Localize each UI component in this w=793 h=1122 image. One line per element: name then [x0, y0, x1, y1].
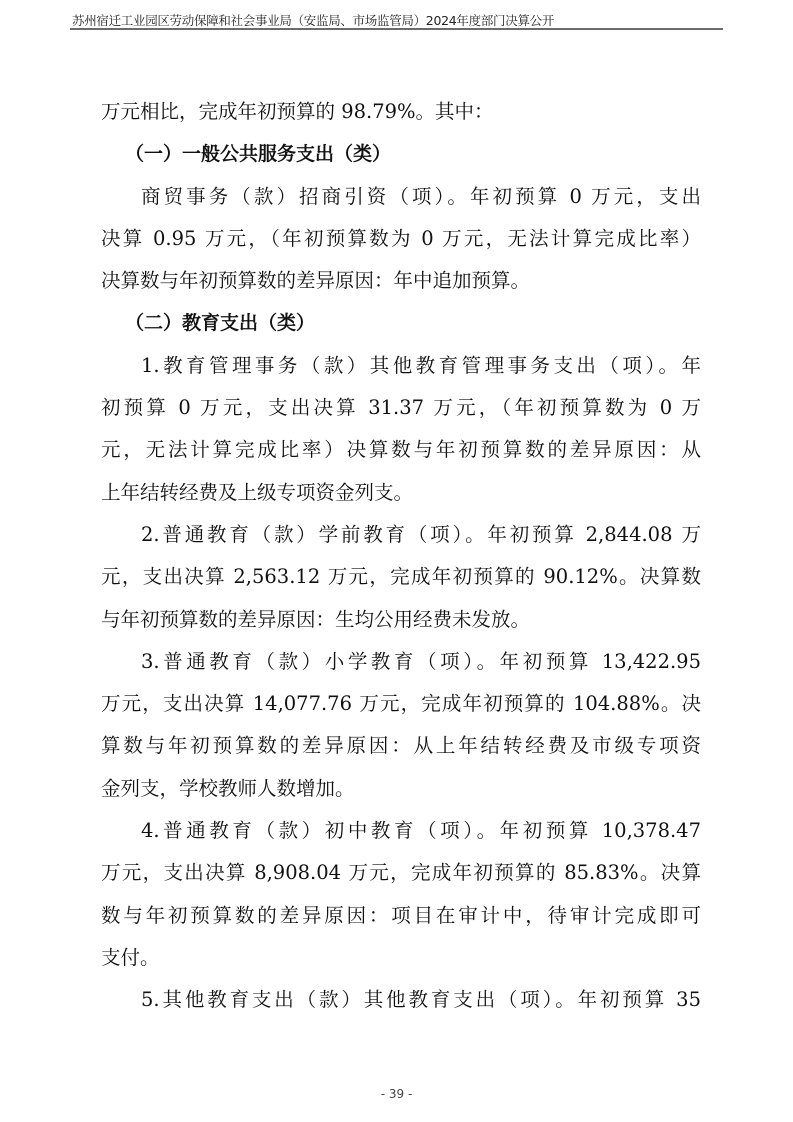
section-heading: （二）教育支出（类）: [101, 308, 701, 350]
paragraph-line: 与年初预算数的差异原因：生均公用经费未发放。: [101, 605, 701, 647]
paragraph-line: 支付。: [101, 943, 701, 985]
header-divider: [70, 28, 723, 30]
paragraph-line: 万元，支出决算 14,077.76 万元，完成年初预算的 104.88%。决: [101, 689, 701, 731]
paragraph-line: 万元，支出决算 8,908.04 万元，完成年初预算的 85.83%。决算: [101, 858, 701, 900]
paragraph-line: 3.普通教育（款）小学教育（项）。年初预算 13,422.95: [101, 647, 701, 689]
document-body: 万元相比，完成年初预算的 98.79%。其中：（一）一般公共服务支出（类）商贸事…: [101, 97, 701, 1028]
paragraph-line: 万元相比，完成年初预算的 98.79%。其中：: [101, 97, 701, 139]
paragraph-line: 决算数与年初预算数的差异原因：年中追加预算。: [101, 266, 701, 308]
paragraph-line: 4.普通教育（款）初中教育（项）。年初预算 10,378.47: [101, 816, 701, 858]
document-header: 苏州宿迁工业园区劳动保障和社会事业局（安监局、市场监管局）2024年度部门决算公…: [72, 11, 554, 29]
paragraph-line: 5.其他教育支出（款）其他教育支出（项）。年初预算 35: [101, 985, 701, 1027]
paragraph-line: 决算 0.95 万元，（年初预算数为 0 万元，无法计算完成比率）: [101, 224, 701, 266]
section-heading: （一）一般公共服务支出（类）: [101, 139, 701, 181]
paragraph-line: 数与年初预算数的差异原因：项目在审计中，待审计完成即可: [101, 901, 701, 943]
paragraph-line: 算数与年初预算数的差异原因：从上年结转经费及市级专项资: [101, 731, 701, 773]
paragraph-line: 元，支出决算 2,563.12 万元，完成年初预算的 90.12%。决算数: [101, 562, 701, 604]
paragraph-line: 1.教育管理事务（款）其他教育管理事务支出（项）。年: [101, 351, 701, 393]
paragraph-line: 金列支，学校教师人数增加。: [101, 774, 701, 816]
paragraph-line: 初预算 0 万元，支出决算 31.37 万元，（年初预算数为 0 万: [101, 393, 701, 435]
paragraph-line: 2.普通教育（款）学前教育（项）。年初预算 2,844.08 万: [101, 520, 701, 562]
page-number: - 39 -: [0, 1087, 793, 1101]
paragraph-line: 商贸事务（款）招商引资（项）。年初预算 0 万元，支出: [101, 182, 701, 224]
paragraph-line: 上年结转经费及上级专项资金列支。: [101, 478, 701, 520]
paragraph-line: 元，无法计算完成比率）决算数与年初预算数的差异原因：从: [101, 435, 701, 477]
